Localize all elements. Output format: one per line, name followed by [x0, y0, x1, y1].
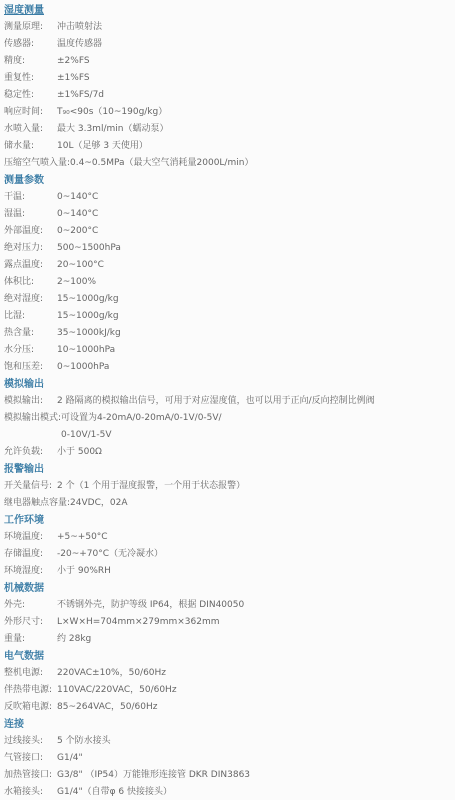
spec-label: 环境湿度: — [4, 563, 57, 580]
spec-label: 露点温度: — [4, 257, 57, 274]
spec-row: 露点温度: 20~100°C — [4, 257, 449, 274]
spec-label: 水分压: — [4, 342, 57, 359]
spec-value: 冲击喷射法 — [57, 19, 102, 36]
spec-value: G1/4"（自带φ 6 快接接头） — [57, 784, 172, 800]
spec-value: 0~140°C — [57, 189, 98, 206]
spec-row: 整机电源: 220VAC±10%，50/60Hz — [4, 665, 449, 682]
spec-label: 稳定性: — [4, 87, 57, 104]
spec-row: 外壳: 不锈钢外壳，防护等级 IP64，根据 DIN40050 — [4, 597, 449, 614]
section-title: 湿度测量 — [4, 2, 449, 19]
spec-label: 外壳: — [4, 597, 57, 614]
spec-value: 0~200°C — [57, 223, 98, 240]
spec-row: 测量原理: 冲击喷射法 — [4, 19, 449, 36]
spec-row: 传感器: 温度传感器 — [4, 36, 449, 53]
spec-row: 开关量信号: 2 个（1 个用于湿度报警，一个用于状态报警） — [4, 478, 449, 495]
section-title: 模拟输出 — [4, 376, 449, 393]
spec-row: 模拟输出: 2 路隔离的模拟输出信号，可用于对应湿度值，也可以用于正向/反向控制… — [4, 393, 449, 410]
spec-value: 35~1000kJ/kg — [57, 325, 121, 342]
spec-value: 温度传感器 — [57, 36, 102, 53]
section-alarm-output: 报警输出 开关量信号: 2 个（1 个用于湿度报警，一个用于状态报警） 继电器触… — [4, 461, 449, 512]
section-title: 工作环境 — [4, 512, 449, 529]
spec-label: 比湿: — [4, 308, 57, 325]
spec-row: 加热管接口: G3/8" （IP54）万能锥形连接管 DKR DIN3863 — [4, 767, 449, 784]
spec-row: 稳定性: ±1%FS/7d — [4, 87, 449, 104]
spec-label: 储水量: — [4, 138, 57, 155]
spec-value: 15~1000g/kg — [57, 291, 119, 308]
spec-label: 伴热带电源: — [4, 682, 57, 699]
spec-row: 重复性: ±1%FS — [4, 70, 449, 87]
spec-label: 绝对压力: — [4, 240, 57, 257]
spec-row: 饱和压差: 0~1000hPa — [4, 359, 449, 376]
spec-label: 热含量: — [4, 325, 57, 342]
spec-label: 响应时间: — [4, 104, 57, 121]
spec-value: 20~100°C — [57, 257, 104, 274]
spec-row: 绝对湿度: 15~1000g/kg — [4, 291, 449, 308]
section-title: 测量参数 — [4, 172, 449, 189]
spec-label: 干温: — [4, 189, 57, 206]
spec-row: 绝对压力: 500~1500hPa — [4, 240, 449, 257]
spec-row: 水箱接头: G1/4"（自带φ 6 快接接头） — [4, 784, 449, 800]
spec-row: 精度: ±2%FS — [4, 53, 449, 70]
spec-label: 加热管接口: — [4, 767, 57, 784]
section-analog-output: 模拟输出 模拟输出: 2 路隔离的模拟输出信号，可用于对应湿度值，也可以用于正向… — [4, 376, 449, 461]
spec-value: G1/4" — [57, 750, 83, 767]
spec-row: 存储温度: -20~+70°C（无冷凝水） — [4, 546, 449, 563]
spec-label: 反吹箱电源: — [4, 699, 57, 716]
spec-value: 小于 500Ω — [57, 444, 102, 461]
spec-row: 重量: 约 28kg — [4, 631, 449, 648]
spec-label: 外部温度: — [4, 223, 57, 240]
spec-row: 环境湿度: 小于 90%RH — [4, 563, 449, 580]
spec-label: 测量原理: — [4, 19, 57, 36]
spec-value: -20~+70°C（无冷凝水） — [57, 546, 163, 563]
spec-row: 反吹箱电源: 85~264VAC，50/60Hz — [4, 699, 449, 716]
section-humidity-measurement: 湿度测量 测量原理: 冲击喷射法 传感器: 温度传感器 精度: ±2%FS 重复… — [4, 2, 449, 172]
spec-row: 外部温度: 0~200°C — [4, 223, 449, 240]
spec-row: 继电器触点容量: 24VDC，02A — [4, 495, 449, 512]
spec-value: 24VDC，02A — [70, 495, 127, 512]
spec-label: 整机电源: — [4, 665, 57, 682]
spec-value: 0~140°C — [57, 206, 98, 223]
spec-label: 体积比: — [4, 274, 57, 291]
spec-value: 2 路隔离的模拟输出信号，可用于对应湿度值，也可以用于正向/反向控制比例阀 — [57, 393, 375, 410]
spec-row: 气管接口: G1/4" — [4, 750, 449, 767]
section-title: 电气数据 — [4, 648, 449, 665]
spec-value: 0~1000hPa — [57, 359, 109, 376]
section-operating-environment: 工作环境 环境温度: +5~+50°C 存储温度: -20~+70°C（无冷凝水… — [4, 512, 449, 580]
spec-label: 水箱接头: — [4, 784, 57, 800]
spec-value: 可设置为4-20mA/0-20mA/0-1V/0-5V/ 0-10V/1-5V — [61, 410, 222, 444]
section-title: 报警输出 — [4, 461, 449, 478]
section-title: 机械数据 — [4, 580, 449, 597]
spec-row: 伴热带电源: 110VAC/220VAC，50/60Hz — [4, 682, 449, 699]
spec-row: 允许负载: 小于 500Ω — [4, 444, 449, 461]
spec-value: 小于 90%RH — [57, 563, 111, 580]
spec-value: 10~1000hPa — [57, 342, 115, 359]
spec-label: 环境温度: — [4, 529, 57, 546]
spec-label: 外形尺寸: — [4, 614, 57, 631]
spec-value: 约 28kg — [57, 631, 91, 648]
spec-value: 2 个（1 个用于湿度报警，一个用于状态报警） — [57, 478, 245, 495]
spec-row: 压缩空气喷入量: 0.4~0.5MPa（最大空气消耗量2000L/min） — [4, 155, 449, 172]
spec-row: 水分压: 10~1000hPa — [4, 342, 449, 359]
spec-value: 15~1000g/kg — [57, 308, 119, 325]
spec-row: 热含量: 35~1000kJ/kg — [4, 325, 449, 342]
spec-value: 0.4~0.5MPa（最大空气消耗量2000L/min） — [70, 155, 253, 172]
spec-label: 传感器: — [4, 36, 57, 53]
spec-row: 水喷入量: 最大 3.3ml/min（蠕动泵） — [4, 121, 449, 138]
section-title: 连接 — [4, 716, 449, 733]
spec-value: 10L（足够 3 天使用） — [57, 138, 148, 155]
spec-value: 500~1500hPa — [57, 240, 121, 257]
spec-row: 环境温度: +5~+50°C — [4, 529, 449, 546]
spec-label: 精度: — [4, 53, 57, 70]
spec-label: 重量: — [4, 631, 57, 648]
spec-label: 压缩空气喷入量: — [4, 155, 70, 172]
spec-value: ±1%FS/7d — [57, 87, 104, 104]
spec-label: 绝对湿度: — [4, 291, 57, 308]
spec-label: 继电器触点容量: — [4, 495, 70, 512]
spec-value: 110VAC/220VAC，50/60Hz — [57, 682, 177, 699]
spec-sheet: 湿度测量 测量原理: 冲击喷射法 传感器: 温度传感器 精度: ±2%FS 重复… — [0, 0, 455, 800]
spec-row: 外形尺寸: L×W×H=704mm×279mm×362mm — [4, 614, 449, 631]
spec-value: ±2%FS — [57, 53, 90, 70]
spec-row: 储水量: 10L（足够 3 天使用） — [4, 138, 449, 155]
spec-label: 水喷入量: — [4, 121, 57, 138]
spec-value: G3/8" （IP54）万能锥形连接管 DKR DIN3863 — [57, 767, 250, 784]
section-measurement-parameters: 测量参数 干温: 0~140°C 湿温: 0~140°C 外部温度: 0~200… — [4, 172, 449, 376]
spec-label: 模拟输出: — [4, 393, 57, 410]
section-mechanical-data: 机械数据 外壳: 不锈钢外壳，防护等级 IP64，根据 DIN40050 外形尺… — [4, 580, 449, 648]
spec-label: 模拟输出模式: — [4, 410, 61, 427]
spec-value: 不锈钢外壳，防护等级 IP64，根据 DIN40050 — [57, 597, 244, 614]
spec-value: +5~+50°C — [57, 529, 108, 546]
spec-value: 220VAC±10%，50/60Hz — [57, 665, 166, 682]
spec-label: 饱和压差: — [4, 359, 57, 376]
spec-value: 85~264VAC，50/60Hz — [57, 699, 157, 716]
spec-value: 2~100% — [57, 274, 96, 291]
spec-label: 存储温度: — [4, 546, 57, 563]
spec-row: 响应时间: T₉₀<90s（10~190g/kg） — [4, 104, 449, 121]
spec-value: 5 个防水接头 — [57, 733, 111, 750]
spec-row: 过线接头: 5 个防水接头 — [4, 733, 449, 750]
spec-value: 最大 3.3ml/min（蠕动泵） — [57, 121, 168, 138]
section-electrical-data: 电气数据 整机电源: 220VAC±10%，50/60Hz 伴热带电源: 110… — [4, 648, 449, 716]
spec-label: 允许负载: — [4, 444, 57, 461]
spec-label: 湿温: — [4, 206, 57, 223]
section-connections: 连接 过线接头: 5 个防水接头 气管接口: G1/4" 加热管接口: G3/8… — [4, 716, 449, 800]
spec-value: L×W×H=704mm×279mm×362mm — [57, 614, 220, 631]
spec-label: 过线接头: — [4, 733, 57, 750]
spec-label: 开关量信号: — [4, 478, 57, 495]
spec-label: 重复性: — [4, 70, 57, 87]
spec-value: T₉₀<90s（10~190g/kg） — [57, 104, 167, 121]
spec-row: 体积比: 2~100% — [4, 274, 449, 291]
spec-row: 比湿: 15~1000g/kg — [4, 308, 449, 325]
spec-value: ±1%FS — [57, 70, 90, 87]
spec-row: 干温: 0~140°C — [4, 189, 449, 206]
spec-row: 模拟输出模式: 可设置为4-20mA/0-20mA/0-1V/0-5V/ 0-1… — [4, 410, 449, 444]
spec-row: 湿温: 0~140°C — [4, 206, 449, 223]
spec-label: 气管接口: — [4, 750, 57, 767]
